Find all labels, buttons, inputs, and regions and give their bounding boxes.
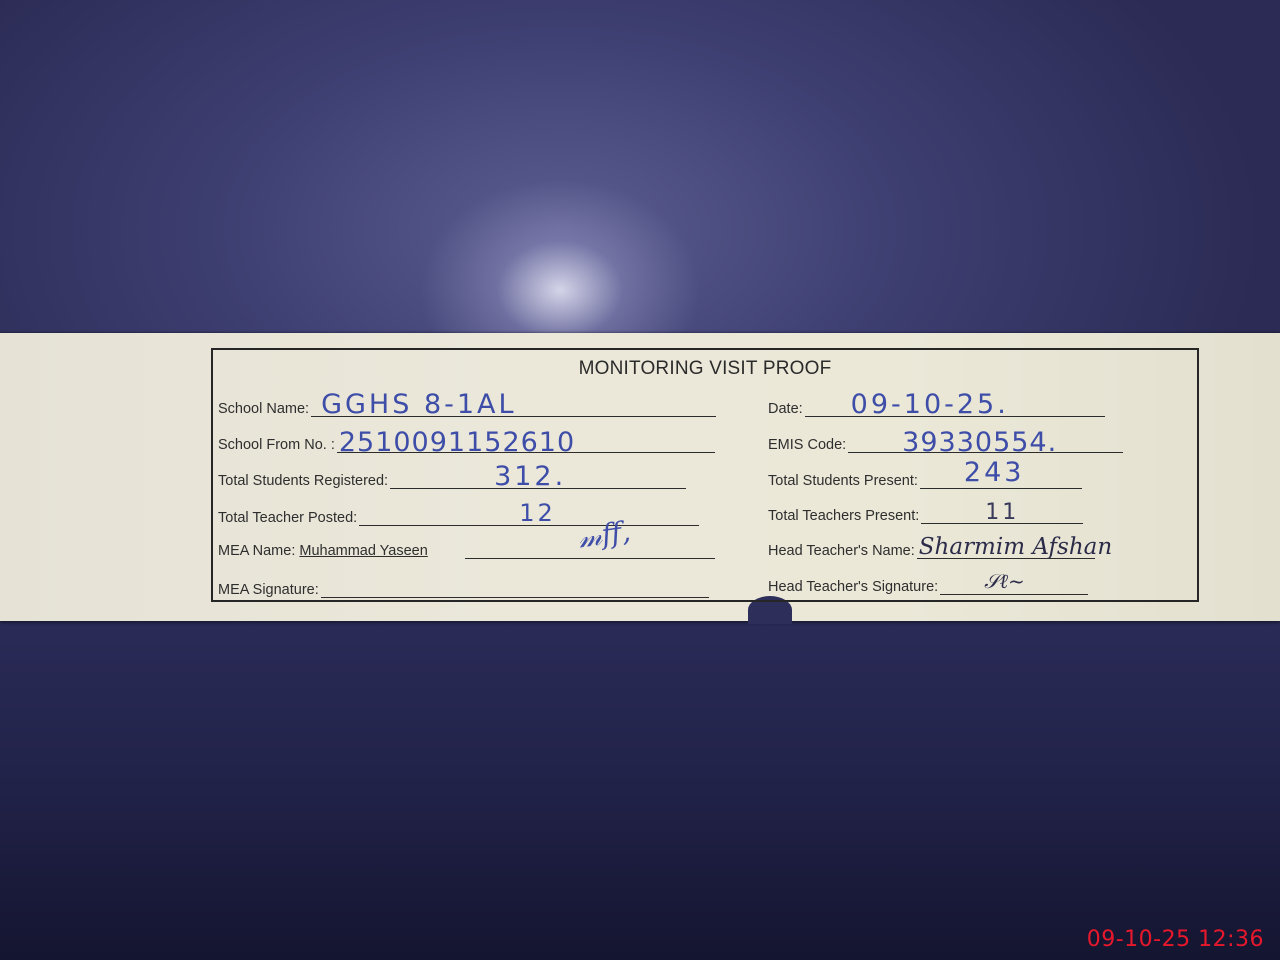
head-teacher-name-label: Head Teacher's Name: xyxy=(768,543,915,559)
head-teacher-signature-field: Head Teacher's Signature: 𝒮ℓ~ xyxy=(768,576,1088,595)
head-teacher-name-field: Head Teacher's Name: Sharmim Afshan xyxy=(768,540,1095,559)
emis-code-label: EMIS Code: xyxy=(768,437,846,453)
total-teachers-present-value: 11 xyxy=(985,502,1019,524)
mea-signature-line xyxy=(321,579,709,598)
mea-name-label: MEA Name: xyxy=(218,543,295,559)
mea-name-field: MEA Name: Muhammad Yaseen xyxy=(218,541,715,559)
monitoring-visit-form: MONITORING VISIT PROOF School Name: GGHS… xyxy=(211,348,1199,602)
emis-code-value: 39330554. xyxy=(902,429,1057,456)
total-students-present-label: Total Students Present: xyxy=(768,473,918,489)
school-name-value: GGHS 8-1AL xyxy=(321,391,516,418)
form-title: MONITORING VISIT PROOF xyxy=(213,358,1197,380)
total-teachers-present-label: Total Teachers Present: xyxy=(768,508,919,524)
head-teacher-signature-label: Head Teacher's Signature: xyxy=(768,579,938,595)
total-students-present-value: 243 xyxy=(964,459,1025,486)
mea-name-value: Muhammad Yaseen xyxy=(299,543,427,559)
head-teacher-signature-mark: 𝒮ℓ~ xyxy=(984,569,1025,594)
mea-initials-signature: 𝓂ff, xyxy=(576,515,633,556)
school-form-no-field: School From No. : 2510091152610 xyxy=(218,434,715,453)
total-students-registered-field: Total Students Registered: 312. xyxy=(218,470,686,489)
date-field: Date: 09-10-25. xyxy=(768,398,1105,417)
camera-timestamp: 09-10-25 12:36 xyxy=(1087,927,1264,952)
school-form-no-label: School From No. : xyxy=(218,437,335,453)
school-name-label: School Name: xyxy=(218,401,309,417)
school-name-field: School Name: GGHS 8-1AL xyxy=(218,398,716,417)
date-label: Date: xyxy=(768,401,803,417)
head-teacher-name-value: Sharmim Afshan xyxy=(919,534,1112,560)
mea-signature-field: MEA Signature: xyxy=(218,579,709,598)
emis-code-field: EMIS Code: 39330554. xyxy=(768,434,1123,453)
mea-signature-label: MEA Signature: xyxy=(218,582,319,598)
total-students-registered-value: 312. xyxy=(494,463,566,490)
total-students-present-field: Total Students Present: 243 xyxy=(768,470,1082,489)
total-teacher-posted-value: 12 xyxy=(519,501,556,525)
total-teacher-posted-label: Total Teacher Posted: xyxy=(218,510,357,526)
date-value: 09-10-25. xyxy=(851,391,1009,418)
school-form-no-value: 2510091152610 xyxy=(339,429,575,456)
total-students-registered-label: Total Students Registered: xyxy=(218,473,388,489)
total-teachers-present-field: Total Teachers Present: 11 xyxy=(768,505,1083,524)
background-surface xyxy=(0,620,1280,960)
